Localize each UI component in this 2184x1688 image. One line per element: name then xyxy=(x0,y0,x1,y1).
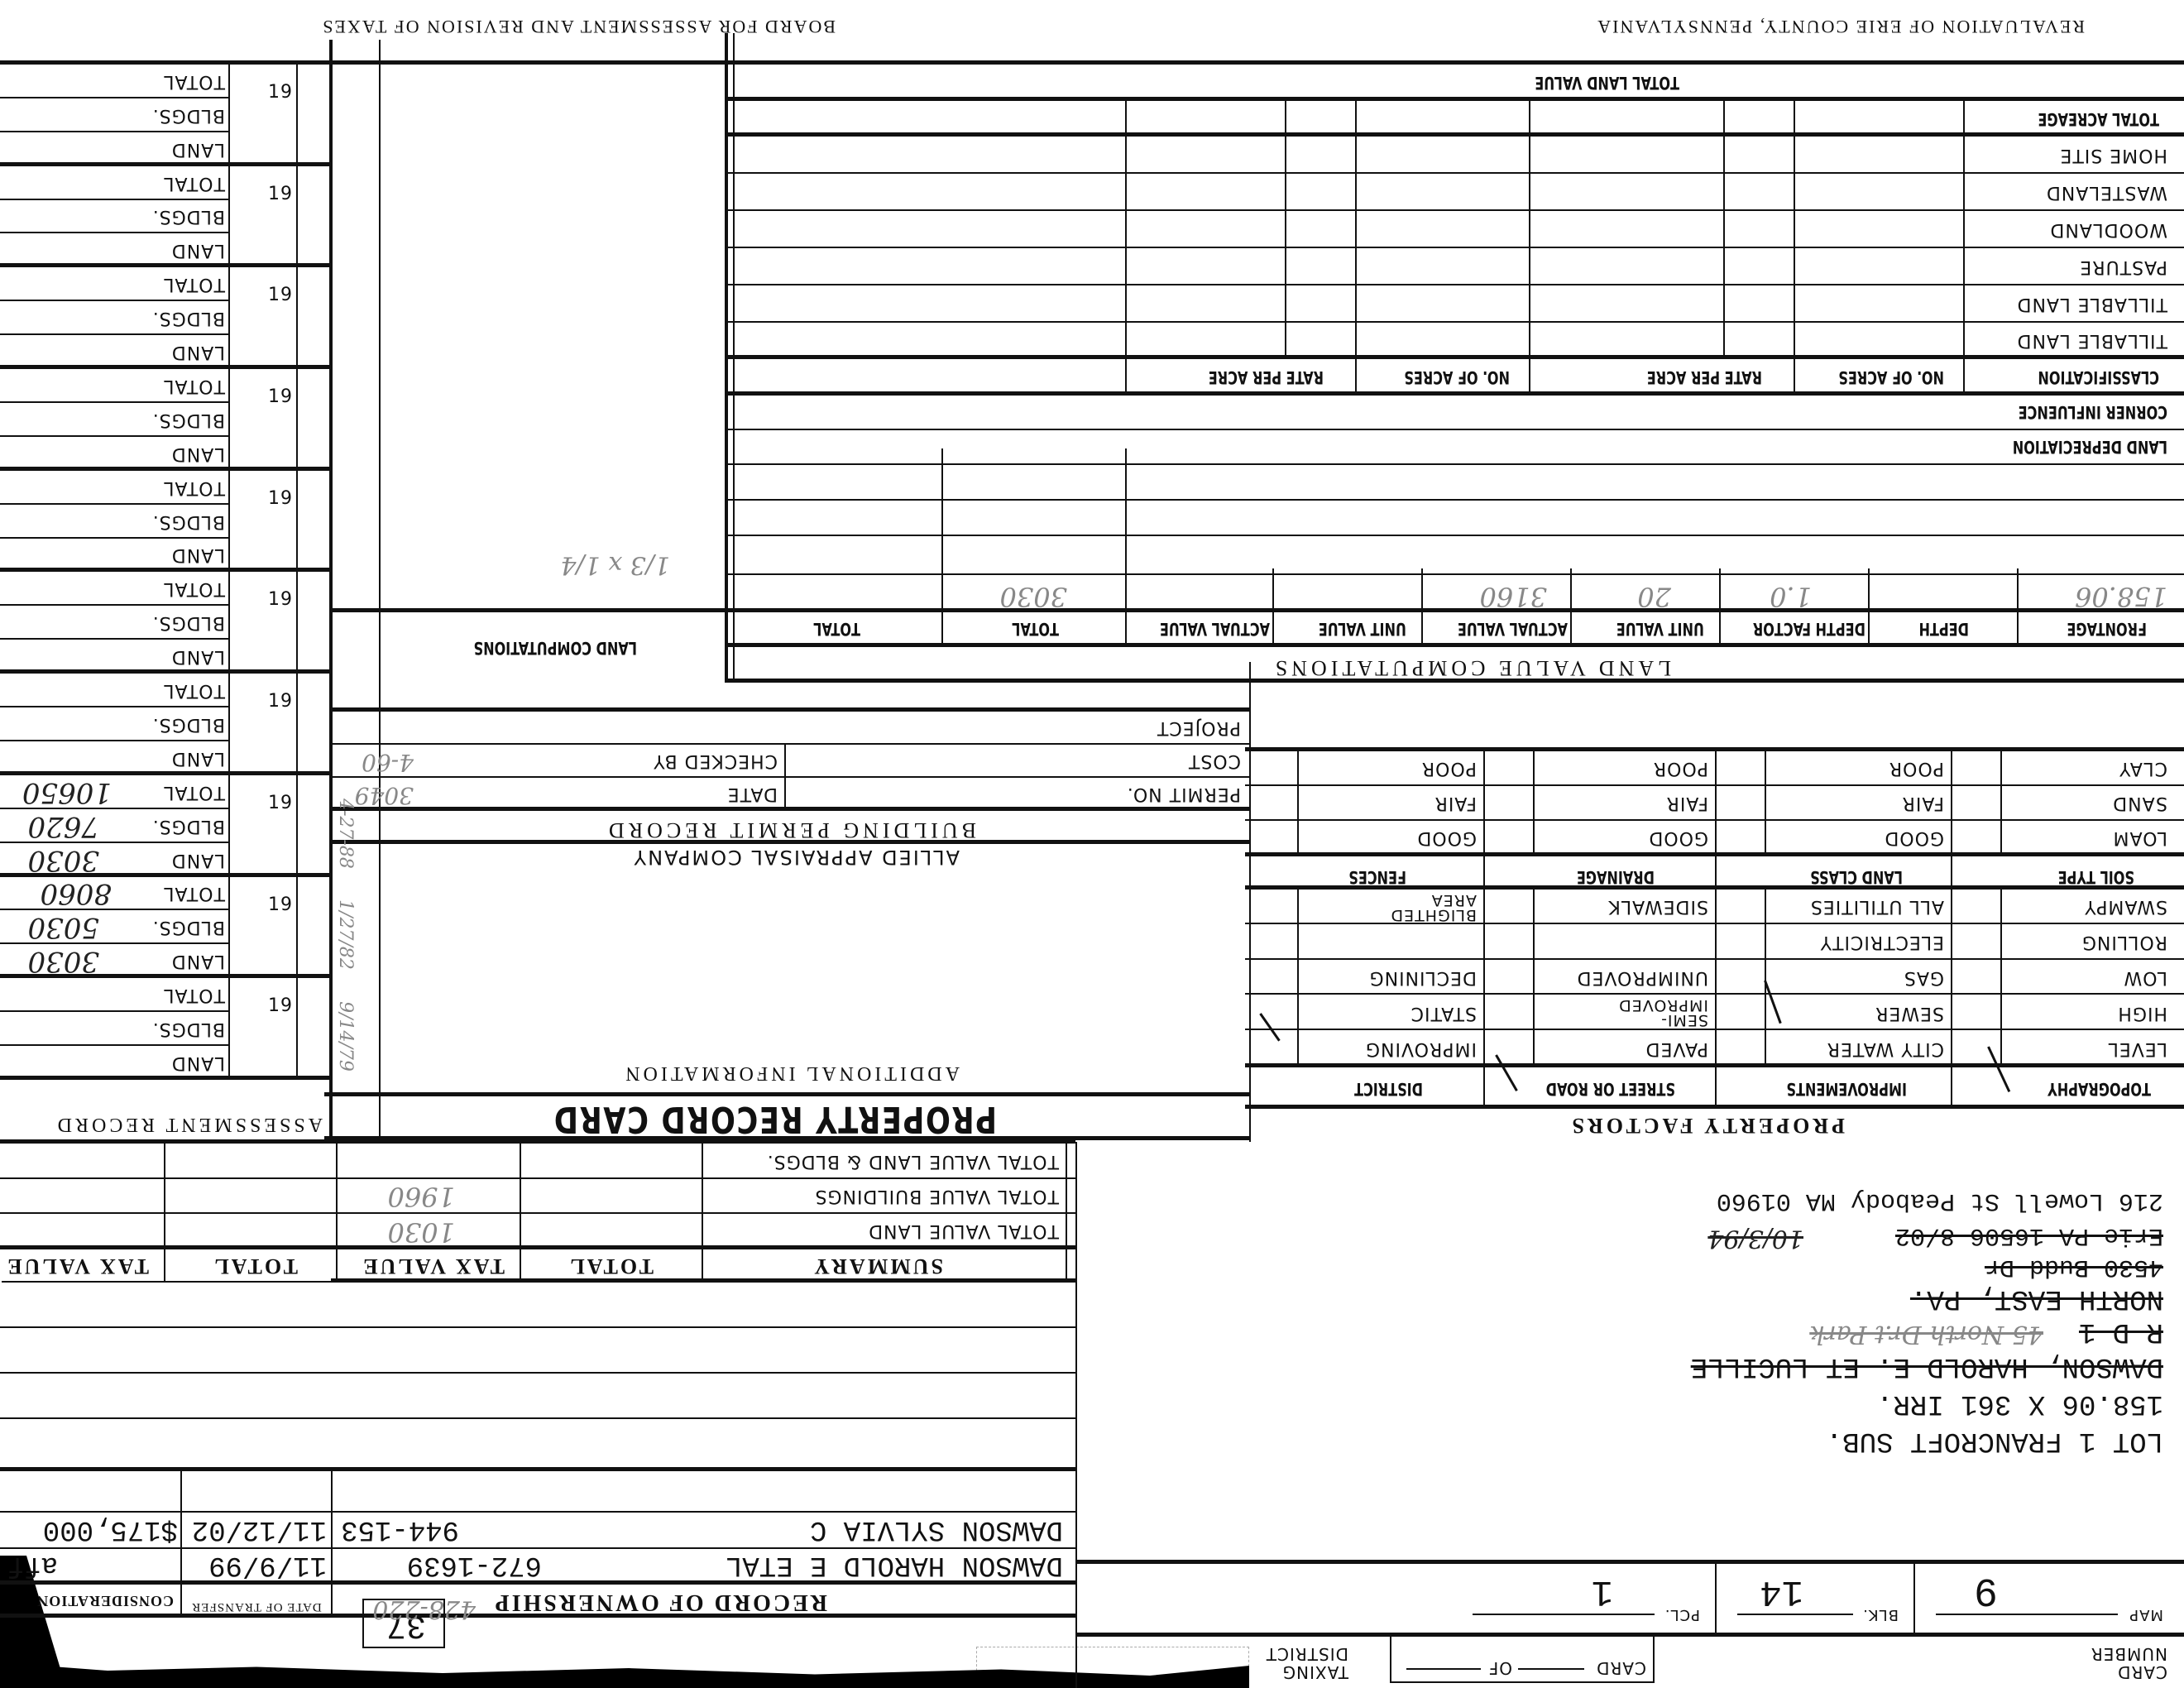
assessment-line-label: TOTAL xyxy=(163,376,225,396)
handwritten-address: 45 North Dr.t Park xyxy=(1809,1320,2043,1349)
assessment-line-label: TOTAL xyxy=(163,782,225,803)
factor-option[interactable]: BLIGHTED AREA xyxy=(1361,893,1477,923)
factor-option[interactable]: SEWER xyxy=(1875,1003,1944,1024)
factor-option[interactable]: SIDEWALK xyxy=(1607,896,1708,917)
assessment-year-prefix: 19 xyxy=(268,488,293,509)
card-label: CARD xyxy=(1596,1658,1646,1678)
factor-option[interactable]: GAS xyxy=(1904,967,1944,988)
land-class-row: TILLABLE LAND xyxy=(2017,330,2167,351)
acres-header: NO. OF ACRES xyxy=(1838,367,1944,387)
lv-actual-value[interactable]: 3160 xyxy=(1480,581,1547,612)
assessment-total-value[interactable]: 8060 xyxy=(40,878,112,911)
additional-info-title: ADDITIONAL INFORMATION xyxy=(622,1062,960,1084)
cost-label: COST xyxy=(1188,750,1241,771)
pcl-value[interactable]: 1 xyxy=(1592,1571,1613,1612)
factor-option[interactable]: ROLLING xyxy=(2081,932,2167,952)
check-mark xyxy=(1987,1046,2010,1092)
description-line: R D 1 xyxy=(2079,1316,2163,1347)
revaluation-title: REVALUATION OF ERIE COUNTY, PENNSYLVANIA xyxy=(1596,16,2085,37)
map-value[interactable]: 9 xyxy=(1974,1567,1998,1612)
transfer-date: 11/9/99 xyxy=(208,1549,327,1580)
summary-row-label: TOTAL VALUE LAND xyxy=(868,1220,1059,1241)
date-of-transfer-header: DATE OF TRANSFER xyxy=(186,1600,327,1614)
assessment-year-prefix: 19 xyxy=(268,691,293,712)
board-title: BOARD FOR ASSESSMENT AND REVISION OF TAX… xyxy=(321,16,836,37)
summary-row-label: TOTAL VALUE BUILDINGS xyxy=(815,1186,1059,1206)
lv-header: TOTAL xyxy=(1012,619,1059,639)
checked-by-value[interactable]: 4-60 xyxy=(362,749,414,776)
lv-frontage[interactable]: 158.06 xyxy=(2075,581,2167,612)
summary-tax-value-header: TAX VALUE xyxy=(361,1254,505,1278)
factor-header-topography: TOPOGRAPHY xyxy=(2047,1079,2151,1099)
factor-option[interactable]: PAVED xyxy=(1645,1038,1708,1059)
factor-option[interactable]: SAND xyxy=(2112,793,2167,813)
assessment-line-label: TOTAL xyxy=(163,477,225,498)
permit-number-label: PERMIT NO. xyxy=(1127,784,1241,804)
lv-header: DEPTH FACTOR xyxy=(1753,619,1865,639)
factor-header-soil-type: SOIL TYPE xyxy=(2058,867,2134,887)
total-land-value-label: TOTAL LAND VALUE xyxy=(1535,73,1679,93)
factor-option[interactable]: GOOD xyxy=(1416,827,1477,848)
assessment-line-label: LAND xyxy=(171,646,225,667)
deed-book-page: 944-153 xyxy=(341,1513,459,1545)
assessment-year-prefix: 19 xyxy=(268,894,293,915)
classification-header: CLASSIFICATION xyxy=(2038,367,2159,387)
factor-option[interactable]: FAIR xyxy=(1666,793,1708,813)
lv-header: TOTAL xyxy=(813,619,860,639)
assessment-line-label: LAND xyxy=(171,545,225,566)
summary-tax-value[interactable]: 1030 xyxy=(388,1216,455,1248)
lv-header: ACTUAL VALUE xyxy=(1458,619,1568,639)
permit-date-value[interactable]: 3049 xyxy=(355,782,414,809)
assessment-line-label: LAND xyxy=(171,139,225,160)
factor-option[interactable]: POOR xyxy=(1421,758,1477,779)
assessment-line-label: BLDGS. xyxy=(152,410,225,430)
assessment-side-note: 4-27-88 xyxy=(335,798,356,869)
assessment-year-prefix: 19 xyxy=(268,285,293,305)
lv-header: ACTUAL VALUE xyxy=(1160,619,1270,639)
project-label: PROJECT xyxy=(1157,717,1241,738)
description-line: DAWSON, HAROLD E. ET LUCILLE xyxy=(1691,1350,2163,1382)
check-mark xyxy=(1764,980,1782,1024)
factor-option[interactable]: UNIMPROVED xyxy=(1577,967,1708,988)
check-mark xyxy=(1495,1054,1518,1091)
lv-total[interactable]: 3030 xyxy=(1000,581,1067,612)
assessment-line-label: TOTAL xyxy=(163,680,225,701)
acres-header: NO. OF ACRES xyxy=(1404,367,1510,387)
total-acreage-label: TOTAL ACREAGE xyxy=(2038,109,2159,129)
assessment-line-label: BLDGS. xyxy=(152,105,225,126)
lv-header: UNIT VALUE xyxy=(1616,619,1704,639)
handwritten-note: 10/3/94 xyxy=(1707,1224,1803,1253)
assessment-line-label: BLDGS. xyxy=(152,714,225,735)
summary-total-header-2: TOTAL xyxy=(212,1254,298,1278)
owner-name: DAWSON HAROLD E ETAL xyxy=(726,1549,1063,1580)
lv-header: UNIT VALUE xyxy=(1319,619,1406,639)
assessment-line-label: TOTAL xyxy=(163,173,225,194)
factor-option[interactable]: ELECTRICITY xyxy=(1820,932,1944,952)
summary-row-label: TOTAL VALUE LAND & BLDGS. xyxy=(767,1151,1059,1172)
assessment-total-value[interactable]: 10650 xyxy=(22,776,112,809)
blk-label: BLK. xyxy=(1862,1606,1899,1623)
lv-header: FRONTAGE xyxy=(2067,619,2147,639)
summary-total-header: TOTAL xyxy=(568,1254,654,1278)
factor-header-land-class: LAND CLASS xyxy=(1810,867,1903,887)
assessment-year-prefix: 19 xyxy=(268,793,293,813)
consideration: aff xyxy=(7,1549,58,1580)
factor-option[interactable]: FAIR xyxy=(1902,793,1944,813)
assessment-year-prefix: 19 xyxy=(268,386,293,407)
owner-name: DAWSON SYLVIA C xyxy=(810,1513,1063,1545)
assessment-line-label: LAND xyxy=(171,444,225,464)
ownership-title: RECORD OF OWNERSHIP xyxy=(493,1589,827,1615)
assessment-year-prefix: 19 xyxy=(268,995,293,1016)
rate-header: RATE PER ACRE xyxy=(1209,367,1324,387)
lv-unit-value[interactable]: 20 xyxy=(1637,581,1671,612)
factor-header-district: DISTRICT xyxy=(1354,1079,1423,1099)
assessment-side-note: 9/14/79 xyxy=(335,1001,356,1072)
land-class-row: WASTELAND xyxy=(2046,182,2167,203)
factor-header-drainage: DRAINAGE xyxy=(1577,867,1655,887)
assessment-line-label: BLDGS. xyxy=(152,511,225,532)
building-permit-title: BUILDING PERMIT RECORD xyxy=(605,818,976,842)
factor-option[interactable]: STATIC xyxy=(1410,1003,1477,1024)
of-label: OF xyxy=(1488,1658,1512,1678)
factor-header-fences: FENCES xyxy=(1348,867,1406,887)
description-line: LOT 1 FRANCROFT SUB. xyxy=(1826,1425,2163,1456)
summary-tax-value-header-2: TAX VALUE xyxy=(5,1254,149,1278)
assessment-line-label: BLDGS. xyxy=(152,917,225,938)
assessment-line-label: BLDGS. xyxy=(152,207,225,228)
blk-value[interactable]: 14 xyxy=(1760,1571,1803,1612)
factor-option[interactable]: ALL UTILITIES xyxy=(1810,896,1944,917)
lv-depth-factor[interactable]: 1.0 xyxy=(1770,581,1812,612)
assessment-line-label: LAND xyxy=(171,951,225,971)
factor-header-improvements: IMPROVEMENTS xyxy=(1786,1079,1907,1099)
factor-option[interactable]: SWAMPY xyxy=(2084,896,2167,917)
check-mark xyxy=(1259,1013,1280,1041)
factor-option[interactable]: GOOD xyxy=(1884,827,1944,848)
transfer-date: 11/12/02 xyxy=(192,1513,327,1545)
summary-tax-value[interactable]: 1960 xyxy=(388,1181,455,1212)
deed-book-page: 672-1639 xyxy=(407,1549,542,1580)
description-line: Erie PA 16506 8/02 xyxy=(1895,1221,2163,1249)
taxing-district-label: TAXING DISTRICT xyxy=(1257,1645,1348,1681)
consideration-header: CONSIDERATION xyxy=(36,1592,174,1609)
checked-by-label: CHECKED BY xyxy=(653,750,778,771)
assessment-line-label: LAND xyxy=(171,850,225,870)
assessment-line-label: BLDGS. xyxy=(152,816,225,837)
assessment-line-label: TOTAL xyxy=(163,274,225,295)
assessment-line-label: TOTAL xyxy=(163,71,225,92)
factor-option[interactable]: GOOD xyxy=(1648,827,1708,848)
factor-option[interactable]: SEMI-IMPROVED xyxy=(1592,998,1708,1028)
land-class-row: HOME SITE xyxy=(2059,145,2167,165)
map-label: MAP xyxy=(2129,1606,2163,1623)
factor-option[interactable]: LOAM xyxy=(2113,827,2167,848)
factor-option[interactable]: CLAY xyxy=(2119,758,2167,779)
land-depreciation-label: LAND DEPRECIATION xyxy=(2013,437,2167,457)
description-line: 158.06 X 361 IRR. xyxy=(1876,1388,2163,1419)
consideration: $175,000 xyxy=(43,1513,178,1545)
factor-option[interactable]: HIGH xyxy=(2117,1003,2167,1024)
assessment-line-label: BLDGS. xyxy=(152,1019,225,1039)
assessment-line-label: TOTAL xyxy=(163,578,225,599)
assessment-line-label: BLDGS. xyxy=(152,612,225,633)
assessment-title: ASSESSMENT RECORD xyxy=(55,1113,323,1135)
assessment-bldgs-value[interactable]: 5030 xyxy=(27,911,99,944)
factor-option[interactable]: LEVEL xyxy=(2108,1038,2167,1059)
appraisal-company: ALLIED APPRAISAL COMPANY xyxy=(633,846,960,869)
assessment-line-label: LAND xyxy=(171,1053,225,1073)
assessment-year-prefix: 19 xyxy=(268,184,293,204)
lv-header: DEPTH xyxy=(1919,619,1969,639)
factor-header-street: STREET OR ROAD xyxy=(1546,1079,1675,1099)
assessment-year-prefix: 19 xyxy=(268,590,293,611)
land-value-title: LAND VALUE COMPUTATIONS xyxy=(1272,655,1671,680)
land-class-row: TILLABLE LAND xyxy=(2017,294,2167,314)
rate-header: RATE PER ACRE xyxy=(1647,367,1762,387)
corner-influence-label: CORNER INFLUENCE xyxy=(2019,402,2167,422)
assessment-year-prefix: 19 xyxy=(268,82,293,103)
factor-option[interactable]: LOW xyxy=(2123,967,2167,988)
description-line: 4530 Budd Dr xyxy=(1985,1253,2163,1281)
description-line: NORTH EAST, PA. xyxy=(1910,1283,2163,1314)
factor-option[interactable]: POOR xyxy=(1889,758,1944,779)
property-factors-title: PROPERTY FACTORS xyxy=(1569,1113,1845,1138)
permit-date-label: DATE xyxy=(727,784,778,804)
assessment-side-note: 1/27/82 xyxy=(335,899,356,970)
factor-option[interactable]: DECLINING xyxy=(1369,967,1477,988)
factor-option[interactable]: CITY WATER xyxy=(1827,1038,1944,1059)
card-number-label: CARD NUMBER xyxy=(2093,1645,2167,1681)
card-title: PROPERTY RECORD CARD xyxy=(553,1098,997,1140)
land-class-row: WOODLAND xyxy=(2049,219,2167,240)
assessment-line-label: BLDGS. xyxy=(152,308,225,328)
land-computations-notes: 1/3 x 1/4 xyxy=(560,550,670,579)
assessment-line-label: LAND xyxy=(171,342,225,362)
ownership-title-note: 428-220 xyxy=(372,1594,476,1623)
land-class-row: PASTURE xyxy=(2079,257,2167,277)
assessment-line-label: TOTAL xyxy=(163,884,225,904)
description-line: 216 Lowell St Peabody MA 01960 xyxy=(1717,1187,2163,1215)
assessment-line-label: LAND xyxy=(171,748,225,769)
pcl-label: PCL. xyxy=(1664,1606,1700,1623)
factor-option[interactable]: POOR xyxy=(1653,758,1708,779)
assessment-land-value[interactable]: 3030 xyxy=(27,844,99,877)
assessment-land-value[interactable]: 3030 xyxy=(27,945,99,978)
summary-header: SUMMARY xyxy=(812,1254,943,1278)
assessment-bldgs-value[interactable]: 7620 xyxy=(27,810,99,843)
property-record-card: CARD NUMBER CARD OF TAXING DISTRICT 37 M… xyxy=(0,0,2184,1688)
land-computations-title: LAND COMPUTATIONS xyxy=(474,638,637,658)
assessment-line-label: TOTAL xyxy=(163,985,225,1005)
assessment-line-label: LAND xyxy=(171,240,225,261)
factor-option[interactable]: FAIR xyxy=(1434,793,1477,813)
factor-option[interactable]: IMPROVING xyxy=(1365,1038,1477,1059)
